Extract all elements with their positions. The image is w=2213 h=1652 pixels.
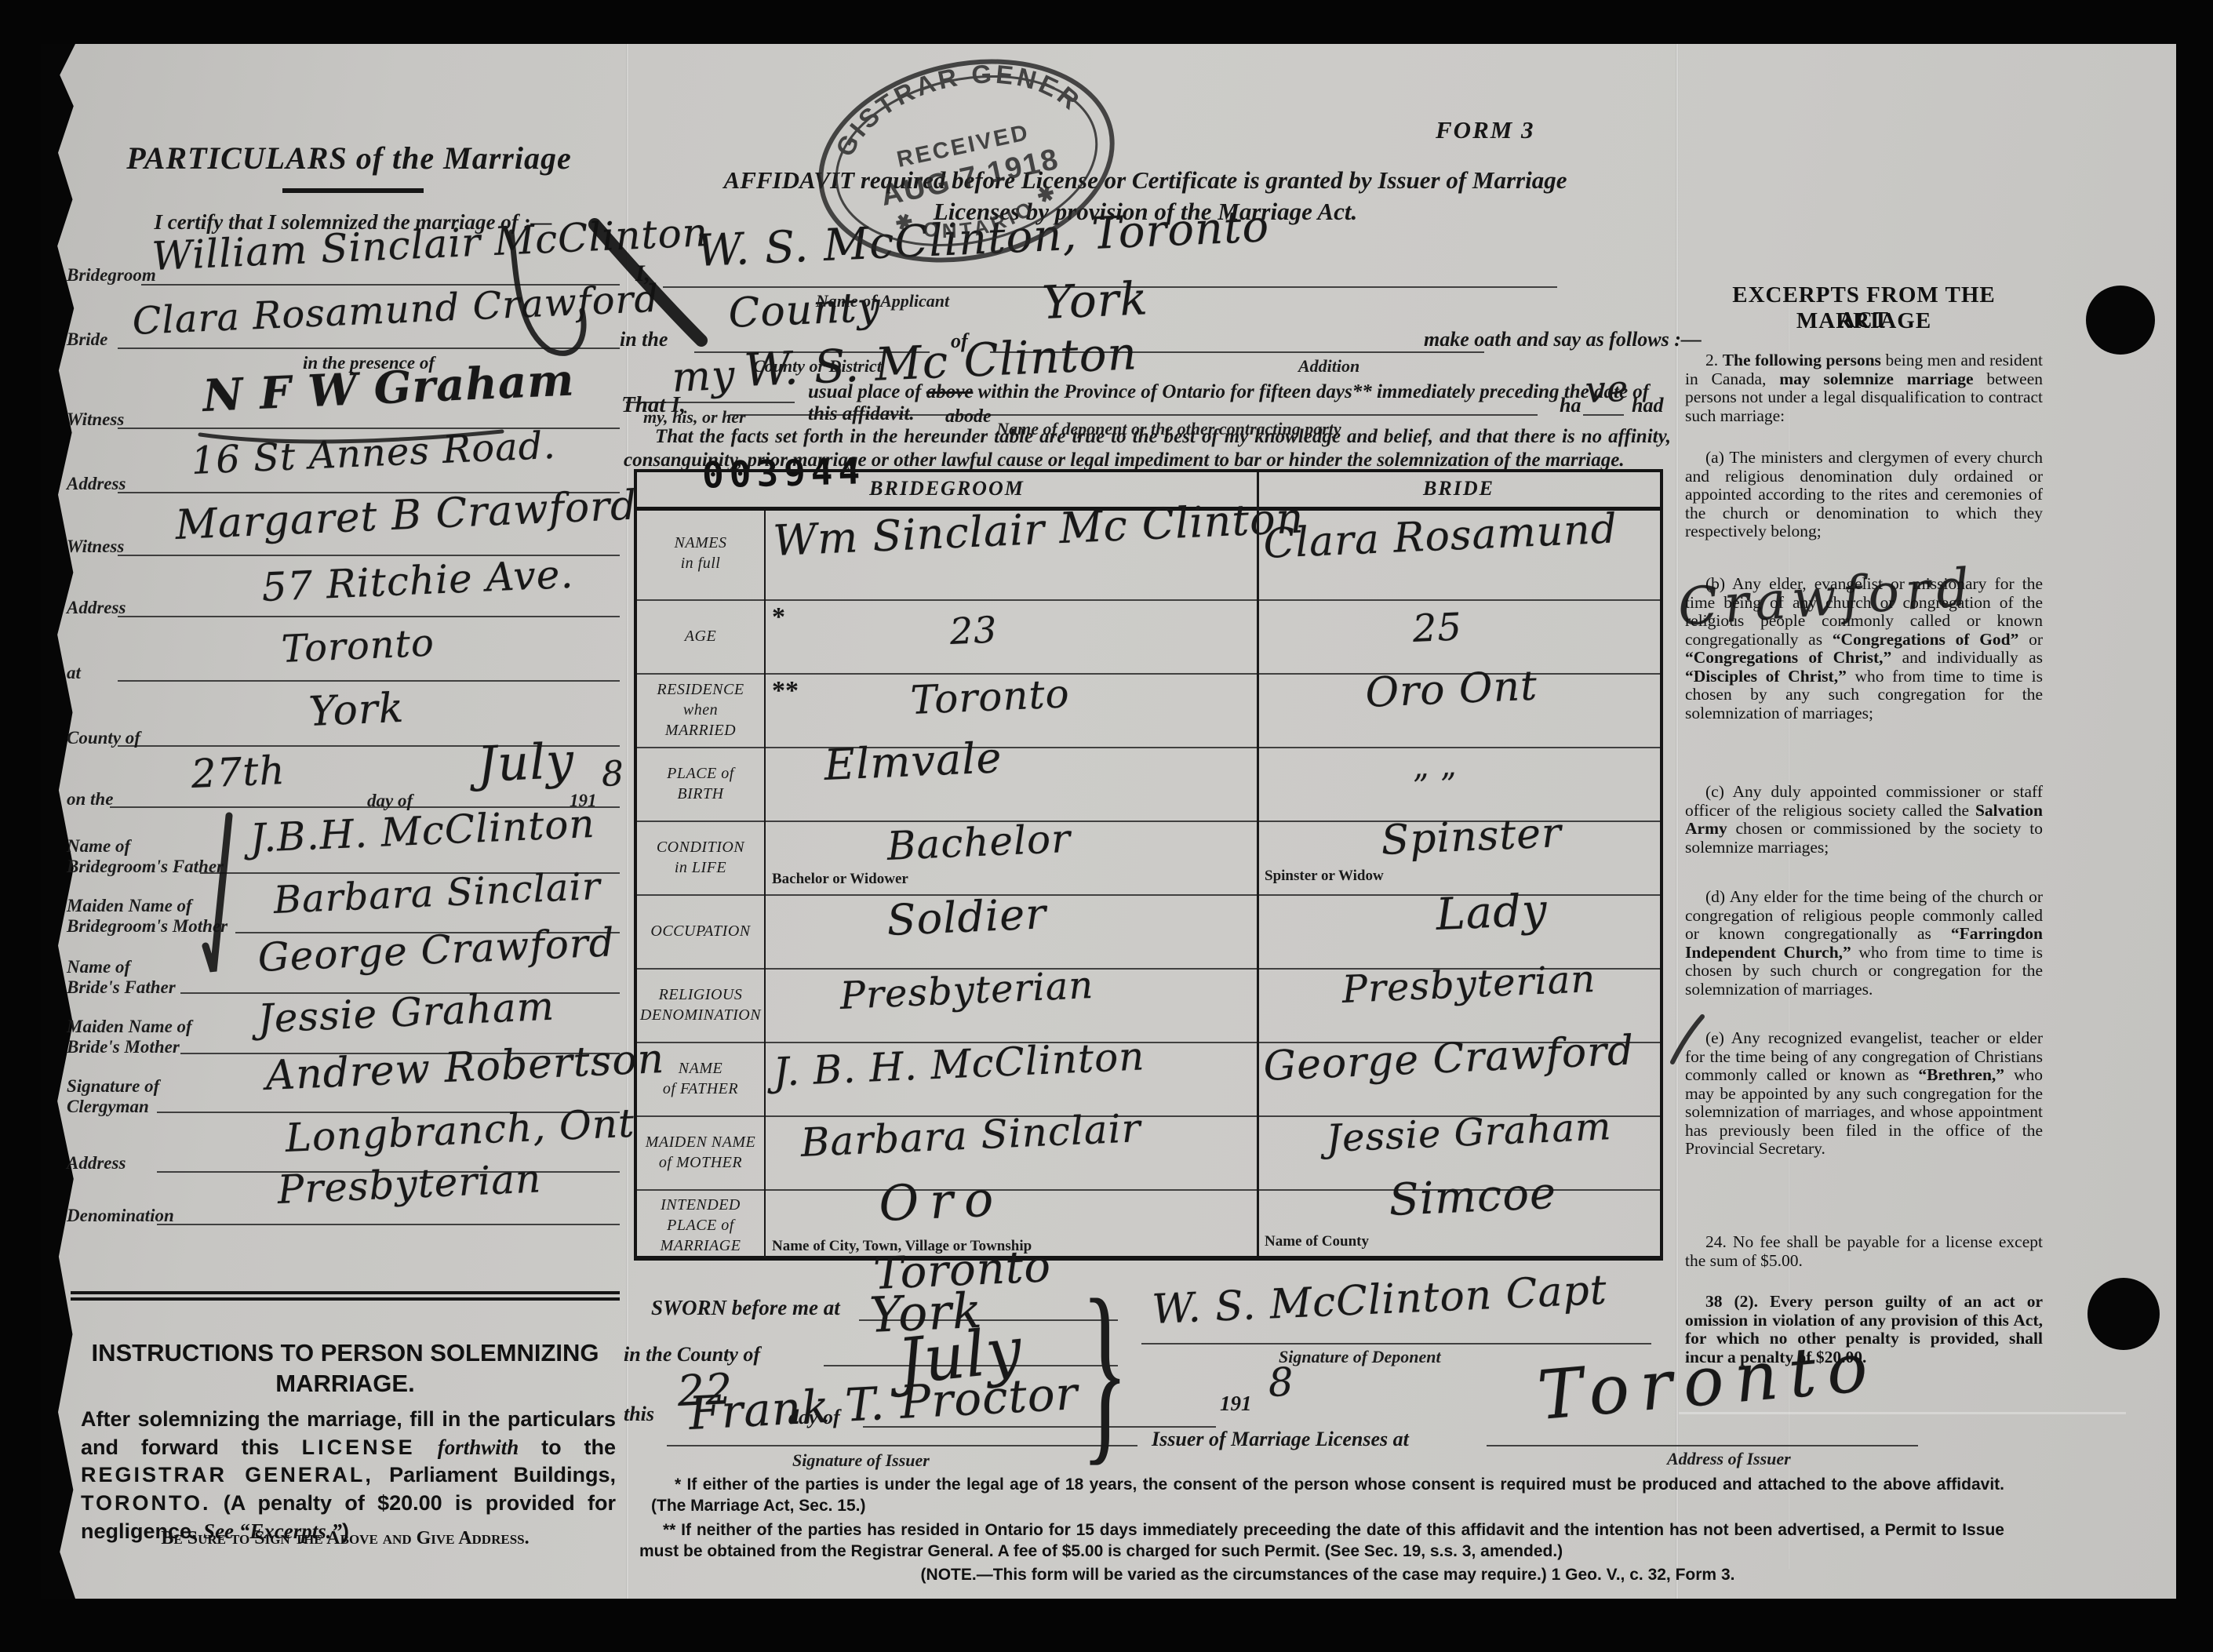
affidavit-headline-1: AFFIDAVIT required before License or Cer… (624, 166, 1667, 195)
mother-bride-value: Jessie Graham (1326, 1104, 1613, 1161)
excerpt-bold: “Congregations of Christ,” (1685, 648, 1891, 667)
excerpts-column: EXCERPTS FROM THE MARRIAGE ACT 2. The fo… (1685, 282, 2043, 1506)
abode-text1: usual place of (808, 381, 926, 402)
father-bride-value: George Crawford (1262, 1027, 1635, 1090)
title-rule (282, 188, 424, 193)
applicant-pre: I, (635, 260, 650, 287)
row-label-father: NAME of FATHER (637, 1042, 764, 1115)
punch-hole-top (2086, 286, 2155, 355)
instructions-forthwith: forthwith (416, 1435, 519, 1459)
religion-groom-value: Presbyterian (839, 963, 1095, 1018)
excerpt-clause-c: (c) Any duly appointed commissioner or s… (1685, 783, 2043, 857)
excerpt-bold: “Brethren,” (1918, 1065, 2004, 1084)
double-rule (71, 1297, 620, 1301)
punch-hole-bottom (2087, 1278, 2160, 1350)
row-label-age: AGE (637, 599, 764, 673)
sworn-pre: SWORN before me at (651, 1296, 840, 1320)
row-label-residence: RESIDENCE when MARRIED (637, 673, 764, 747)
excerpt-bold: “Congregations of God” (1833, 630, 2019, 649)
field-rule (118, 680, 620, 682)
names-groom-value: Wm Sinclair Mc Clinton (772, 493, 1305, 566)
field-address2-label: Address (67, 598, 126, 618)
abode-rule (626, 402, 795, 403)
intended-bride-value: Simcoe (1388, 1168, 1557, 1226)
date-day-value: 27th (190, 748, 286, 797)
field-bridegroom-label: Bridegroom (67, 265, 156, 286)
field-bride-label: Bride (67, 329, 107, 350)
instructions-footer: Be Sure to Sign the Above and Give Addre… (82, 1528, 608, 1549)
field-bride-mother-label: Maiden Name of Bride's Mother (67, 1017, 192, 1057)
county-hw2: York (1041, 271, 1149, 329)
row-label-religion: RELIGIOUS DENOMINATION (637, 968, 764, 1042)
row-label-names: NAMES in full (637, 507, 764, 599)
age-footnote-mark: * (772, 602, 785, 632)
residence-bride-value: Oro Ont (1364, 662, 1538, 717)
field-address1-label: Address (67, 474, 126, 494)
field-at-label: at (67, 663, 81, 683)
excerpts-title-2: ACT (1685, 307, 2043, 333)
form-number: FORM 3 (1436, 116, 1535, 144)
sworn-brace: } (1081, 1254, 1129, 1486)
excerpt-section-38: 38 (2). Every person guilty of an act or… (1685, 1293, 2043, 1366)
excerpt-section-2: 2. The following persons being men and r… (1685, 351, 2043, 425)
double-rule (71, 1291, 620, 1294)
field-witness1-label: Witness (67, 409, 124, 430)
condition-groom-value: Bachelor (886, 816, 1072, 869)
excerpt-clause-a: (a) The ministers and clergymen of every… (1685, 449, 2043, 541)
abode-text: usual place of above within the Province… (808, 381, 1671, 424)
excerpt-bold: The following persons (1723, 351, 1881, 369)
excerpt-seg: or (2018, 630, 2043, 649)
names-bride-value: Clara Rosamund (1262, 505, 1618, 568)
county-pre: in the (620, 328, 668, 351)
condition-bride-value: Spinster (1380, 810, 1563, 864)
instructions-seg: to the (519, 1435, 616, 1459)
field-address3-label: Address (67, 1153, 126, 1174)
intended-sub-bride: Name of County (1265, 1233, 1369, 1250)
religion-bride-value: Presbyterian (1341, 957, 1597, 1012)
intended-groom-value: Oro (878, 1170, 1006, 1232)
excerpt-clause-d: (d) Any elder for the time being of the … (1685, 888, 2043, 999)
field-rule (118, 348, 620, 349)
instructions-toronto: TORONTO. (81, 1491, 211, 1515)
birthplace-groom-value: Elmvale (823, 733, 1003, 790)
deponent-sig-rule (1141, 1343, 1651, 1345)
abode-struck-word: above (926, 381, 974, 402)
field-county-value: York (308, 685, 405, 736)
table-row-rule (637, 747, 1660, 748)
sworn-this: this (624, 1403, 654, 1426)
field-clergyman-label: Signature of Clergyman (67, 1076, 159, 1117)
date-month-value: July (476, 732, 576, 793)
excerpt-clause-e: (e) Any recognized evangelist, teacher o… (1685, 1029, 2043, 1159)
county-label2: Addition (1298, 357, 1359, 377)
instructions-registrar: REGISTRAR GENERAL, (81, 1463, 373, 1486)
table-row-rule (637, 599, 1660, 601)
field-onthe-label: on the (67, 789, 113, 810)
scanned-marriage-affidavit: PARTICULARS of the Marriage I certify th… (0, 0, 2213, 1652)
field-witness2-label: Witness (67, 537, 124, 557)
row-label-mother: MAIDEN NAME of MOTHER (637, 1115, 764, 1189)
footnote-residency: ** If neither of the parties has resided… (639, 1520, 2004, 1563)
county-hw1: County (727, 284, 882, 337)
table-header-bridegroom: BRIDEGROOM (637, 477, 1257, 500)
affidavit-table: BRIDEGROOM BRIDE NAMES in full AGE RESID… (634, 469, 1663, 1261)
row-label-birthplace: PLACE of BIRTH (637, 747, 764, 821)
abode-my: my (671, 352, 736, 402)
oath-text: make oath and say as follows :— (1424, 328, 1702, 351)
excerpt-bold: may solemnize marriage (1779, 369, 1973, 388)
field-rule (157, 1224, 620, 1225)
row-label-intended: INTENDED PLACE of MARRIAGE (637, 1189, 764, 1261)
field-bride-father-label: Name of Bride's Father (67, 957, 176, 998)
condition-sub-bride: Spinster or Widow (1265, 868, 1384, 885)
sworn-county-pre: in the County of (624, 1343, 760, 1366)
footnote-note: (NOTE.—This form will be varied as the c… (651, 1566, 2004, 1585)
field-bg-mother-label: Maiden Name of Bridegroom's Mother (67, 896, 227, 937)
mother-groom-value: Barbara Sinclair (799, 1105, 1141, 1166)
table-center-divider (1257, 472, 1259, 1256)
field-rule (118, 616, 620, 617)
condition-sub-groom: Bachelor or Widower (772, 871, 908, 888)
occupation-groom-value: Soldier (886, 889, 1047, 945)
row-label-condition: CONDITION in LIFE (637, 821, 764, 894)
field-denomination-label: Denomination (67, 1206, 174, 1226)
field-bg-father-label: Name of Bridegroom's Father (67, 836, 224, 877)
residence-footnote-mark: ** (772, 676, 799, 706)
age-bride-value: 25 (1412, 605, 1463, 651)
issuer-at-text: Issuer of Marriage Licenses at (1152, 1428, 1409, 1451)
table-label-divider (764, 511, 766, 1257)
excerpt-seg: 2. (1705, 351, 1723, 369)
issuer-sig-rule (667, 1445, 1137, 1446)
issuer-sig-label: Signature of Issuer (792, 1451, 930, 1471)
excerpt-section-24: 24. No fee shall be payable for a licens… (1685, 1233, 2043, 1270)
excerpt-clause-b: (b) Any elder, evangelist or missionary … (1685, 575, 2043, 722)
particulars-title: PARTICULARS of the Marriage (94, 140, 604, 176)
excerpt-seg: and individually as (1891, 648, 2043, 667)
sworn-year-printed: 191 (1220, 1392, 1252, 1416)
excerpt-bold: “Disciples of Christ,” (1685, 667, 1847, 686)
deponent-sig-label: Signature of Deponent (1279, 1348, 1441, 1367)
instructions-seg: Parliament Buildings, (373, 1463, 616, 1486)
occupation-bride-value: Lady (1435, 885, 1549, 941)
birthplace-bride-ditto: ” ” (1412, 767, 1458, 805)
row-label-occupation: OCCUPATION (637, 894, 764, 968)
date-year-written: 8 (601, 754, 625, 795)
table-header-bride: BRIDE (1257, 477, 1661, 500)
instructions-body: After solemnizing the marriage, fill in … (81, 1406, 616, 1545)
abode-my-label: my, his, or her (643, 408, 746, 428)
residence-groom-value: Toronto (909, 671, 1070, 723)
instructions-license: LICENSE (302, 1435, 416, 1459)
excerpt-seg: chosen or commissioned by the society to… (1685, 819, 2043, 857)
field-at-value: Toronto (281, 621, 435, 671)
abode-under-word: abode (945, 406, 992, 428)
age-groom-value: 23 (949, 608, 999, 653)
instructions-title: INSTRUCTIONS TO PERSON SOLEMNIZING MARRI… (82, 1338, 608, 1399)
